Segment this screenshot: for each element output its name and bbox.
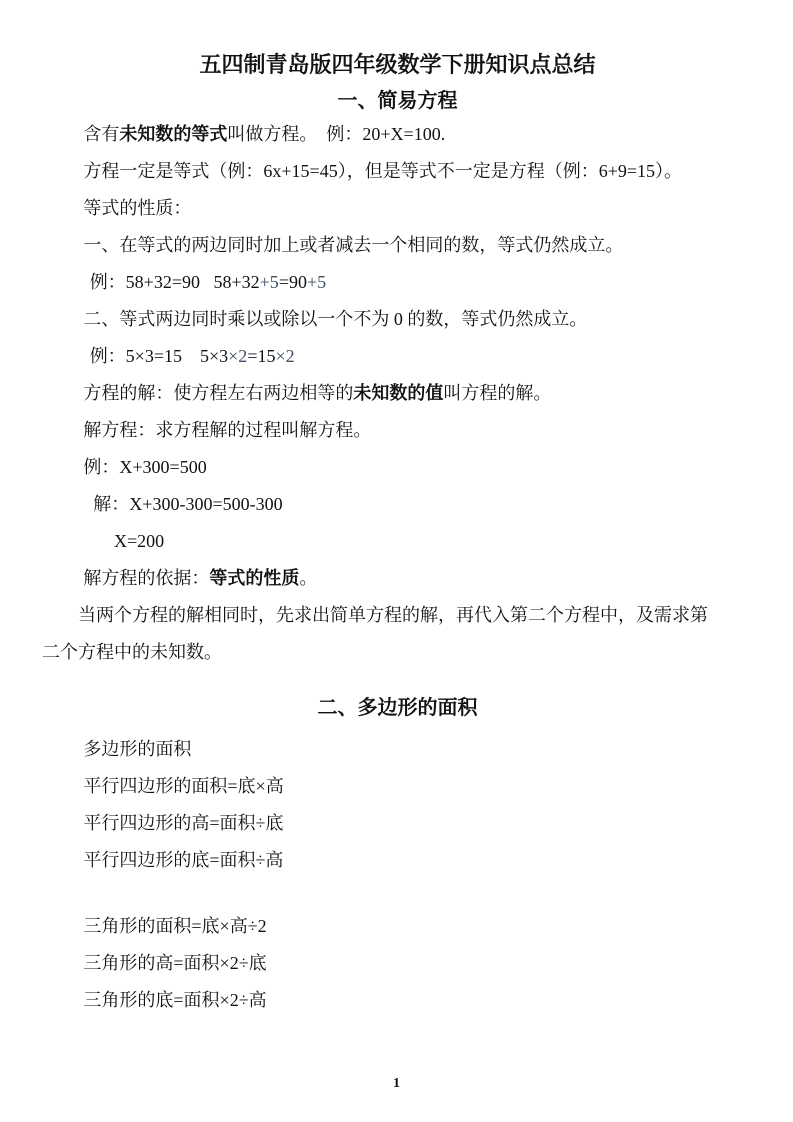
basis-line: 解方程的依据：等式的性质。 — [42, 560, 753, 597]
text-segment: 叫方程的解。 — [443, 383, 551, 403]
definition-solution-line: 方程的解：使方程左右两边相等的未知数的值叫方程的解。 — [42, 375, 753, 412]
highlight-segment: +5 — [307, 272, 326, 292]
text-segment: 含有 — [83, 124, 119, 144]
formula-line: 三角形的面积=底×高÷2 — [42, 908, 753, 945]
formula-line: 平行四边形的高=面积÷底 — [42, 805, 753, 842]
formula-line: 平行四边形的面积=底×高 — [42, 768, 753, 805]
formula-line: 三角形的底=面积×2÷高 — [42, 982, 753, 1019]
formula-line: 平行四边形的底=面积÷高 — [42, 842, 753, 879]
text-line: 解方程：求方程解的过程叫解方程。 — [42, 412, 753, 449]
example-line: 例：5×3=15 5×3×2=15×2 — [42, 338, 753, 375]
section2-heading: 二、多边形的面积 — [42, 693, 753, 723]
section1-heading: 一、简易方程 — [42, 86, 753, 116]
highlight-segment: ×2 — [275, 346, 294, 366]
text-segment: =15 — [247, 346, 275, 366]
page-title: 五四制青岛版四年级数学下册知识点总结 — [42, 50, 753, 80]
text-segment: 例：58+32=90 58+32 — [90, 272, 260, 292]
text-segment: =90 — [279, 272, 307, 292]
text-segment: 例：5×3=15 5×3 — [90, 346, 228, 366]
bold-segment: 未知数的值 — [353, 383, 443, 403]
solution-step-line: 解：X+300-300=500-300 — [42, 486, 753, 523]
definition-equation-line: 含有未知数的等式叫做方程。 例：20+X=100. — [42, 116, 753, 153]
page-number: 1 — [0, 1076, 793, 1092]
text-line: 一、在等式的两边同时加上或者减去一个相同的数，等式仍然成立。 — [42, 227, 753, 264]
text-line: 二、等式两边同时乘以或除以一个不为 0 的数，等式仍然成立。 — [42, 301, 753, 338]
text-line: 等式的性质： — [42, 190, 753, 227]
note-paragraph: 当两个方程的解相同时，先求出简单方程的解，再代入第二个方程中，及需求第二个方程中… — [42, 597, 716, 671]
example-line: 例：X+300=500 — [42, 449, 753, 486]
document-page: 五四制青岛版四年级数学下册知识点总结 一、简易方程 含有未知数的等式叫做方程。 … — [0, 0, 793, 1122]
highlight-segment: ×2 — [228, 346, 247, 366]
text-segment: 解方程的依据： — [83, 568, 209, 588]
text-segment: 方程的解：使方程左右两边相等的 — [83, 383, 353, 403]
text-segment: 叫做方程。 例：20+X=100. — [227, 124, 445, 144]
solution-result-line: X=200 — [42, 523, 753, 560]
highlight-segment: +5 — [260, 272, 279, 292]
example-line: 例：58+32=90 58+32+5=90+5 — [42, 264, 753, 301]
text-line: 多边形的面积 — [42, 731, 753, 768]
formula-line: 三角形的高=面积×2÷底 — [42, 945, 753, 982]
bold-segment: 未知数的等式 — [119, 124, 227, 144]
text-line: 方程一定是等式（例：6x+15=45），但是等式不一定是方程（例：6+9=15）… — [42, 153, 753, 190]
bold-segment: 等式的性质 — [209, 568, 299, 588]
text-segment: 。 — [299, 568, 317, 588]
